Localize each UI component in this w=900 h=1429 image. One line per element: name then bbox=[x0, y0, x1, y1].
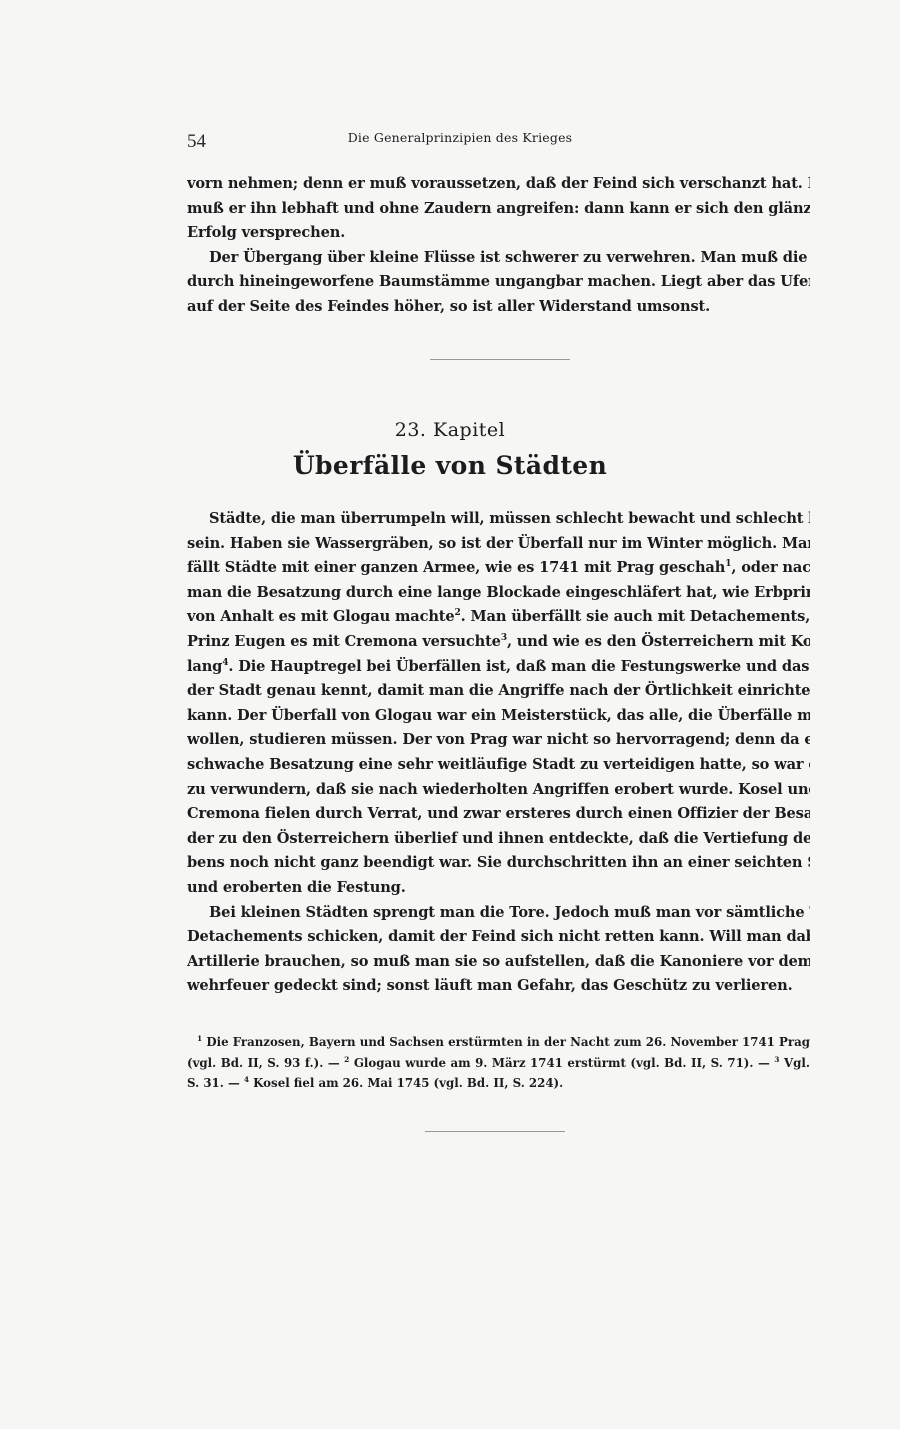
footnote-line: 1 Die Franzosen, Bayern und Sachsen erst… bbox=[187, 1032, 810, 1053]
continuation-text: vorn nehmen; denn er muß voraussetzen, d… bbox=[187, 172, 810, 320]
text-line: lang4. Die Hauptregel bei Überfällen ist… bbox=[187, 655, 810, 680]
text-line: auf der Seite des Feindes höher, so ist … bbox=[187, 295, 810, 320]
text-line: kann. Der Überfall von Glogau war ein Me… bbox=[187, 704, 810, 729]
running-head: Die Generalprinzipien des Krieges bbox=[0, 130, 900, 145]
text-line: bens noch nicht ganz beendigt war. Sie d… bbox=[187, 851, 810, 876]
text-line: man die Besatzung durch eine lange Block… bbox=[187, 581, 810, 606]
text-line: schwache Besatzung eine sehr weitläufige… bbox=[187, 753, 810, 778]
footnotes: 1 Die Franzosen, Bayern und Sachsen erst… bbox=[187, 1032, 810, 1094]
chapter-number: 23. Kapitel bbox=[0, 419, 900, 441]
text-line: der Stadt genau kennt, damit man die Ang… bbox=[187, 679, 810, 704]
text-line: durch hineingeworfene Baumstämme ungangb… bbox=[187, 270, 810, 295]
text-line: sein. Haben sie Wassergräben, so ist der… bbox=[187, 532, 810, 557]
footnote-line: (vgl. Bd. II, S. 93 f.). — 2 Glogau wurd… bbox=[187, 1053, 810, 1074]
text-line: fällt Städte mit einer ganzen Armee, wie… bbox=[187, 556, 810, 581]
section-divider-bottom bbox=[425, 1131, 565, 1132]
text-line: vorn nehmen; denn er muß voraussetzen, d… bbox=[187, 172, 810, 197]
section-divider-top bbox=[430, 359, 570, 360]
text-line: Erfolg versprechen. bbox=[187, 221, 810, 246]
text-line: Der Übergang über kleine Flüsse ist schw… bbox=[187, 246, 810, 271]
text-line: Prinz Eugen es mit Cremona versuchte3, u… bbox=[187, 630, 810, 655]
text-line: Städte, die man überrumpeln will, müssen… bbox=[187, 507, 810, 532]
chapter-body: Städte, die man überrumpeln will, müssen… bbox=[187, 507, 810, 999]
text-line: Bei kleinen Städten sprengt man die Tore… bbox=[187, 901, 810, 926]
chapter-title: Überfälle von Städten bbox=[0, 451, 900, 480]
text-line: von Anhalt es mit Glogau machte2. Man üb… bbox=[187, 605, 810, 630]
text-line: wehrfeuer gedeckt sind; sonst läuft man … bbox=[187, 974, 810, 999]
text-line: Detachements schicken, damit der Feind s… bbox=[187, 925, 810, 950]
text-line: zu verwundern, daß sie nach wiederholten… bbox=[187, 778, 810, 803]
footnote-line: S. 31. — 4 Kosel fiel am 26. Mai 1745 (v… bbox=[187, 1073, 810, 1094]
text-line: wollen, studieren müssen. Der von Prag w… bbox=[187, 728, 810, 753]
text-line: Artillerie brauchen, so muß man sie so a… bbox=[187, 950, 810, 975]
text-line: muß er ihn lebhaft und ohne Zaudern angr… bbox=[187, 197, 810, 222]
text-line: und eroberten die Festung. bbox=[187, 876, 810, 901]
text-line: der zu den Österreichern überlief und ih… bbox=[187, 827, 810, 852]
text-line: Cremona fielen durch Verrat, und zwar er… bbox=[187, 802, 810, 827]
